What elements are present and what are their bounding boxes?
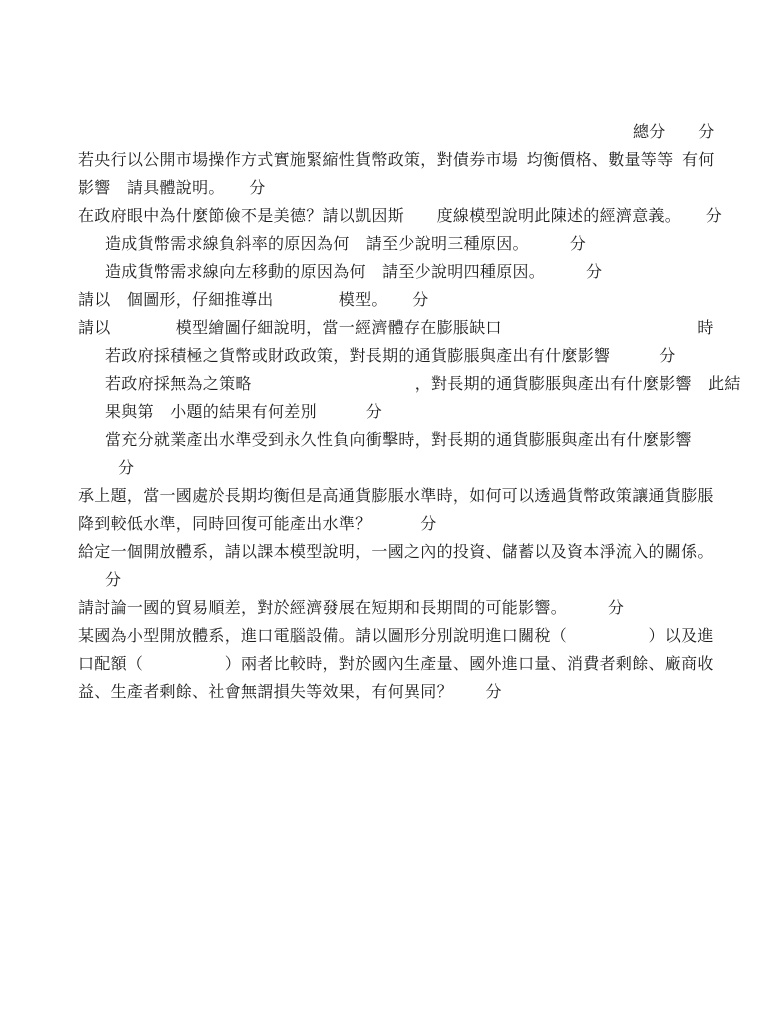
question-open-economy-saving-investment: 給定一個開放體系，請以課本模型說明，一國之內的投資、儲蓄以及資本淨流入的關係。 … [78,539,718,595]
question-line: 請討論一國的貿易順差，對於經濟發展在短期和長期間的可能影響。 分 [78,595,718,623]
question-trade-surplus: 請討論一國的貿易順差，對於經濟發展在短期和長期間的可能影響。 分 [78,595,718,623]
question-money-demand-subitems: 造成貨幣需求線負斜率的原因為何 請至少說明三種原因。 分 造成貨幣需求線向左移動… [78,231,718,287]
question-thrift-paradox: 在政府眼中為什麼節儉不是美德？請以凱因斯 度線模型說明此陳述的經濟意義。 分 [78,203,718,231]
question-inflation-gap-subitems: 若政府採積極之貨幣或財政政策，對長期的通貨膨脹與產出有什麼影響 分 若政府採無為… [78,343,718,483]
question-line: 分 [78,567,718,595]
question-model-derivation: 請以 個圖形，仔細推導出 模型。 分 [78,287,718,315]
question-line: 當充分就業產出水準受到永久性負向衝擊時，對長期的通貨膨脹與產出有什麼影響 [78,427,718,455]
exam-page: 總分 分 若央行以公開市場操作方式實施緊縮性貨幣政策，對債券市場 均衡價格、數量… [0,0,768,1024]
total-score-header: 總分 分 [78,119,718,147]
total-score-label: 總分 [633,124,666,141]
score-unit-label: 分 [698,124,714,141]
question-line: 某國為小型開放體系，進口電腦設備。請以圖形分別說明進口關稅（ ）以及進 [78,623,718,651]
question-line: 若政府採積極之貨幣或財政政策，對長期的通貨膨脹與產出有什麼影響 分 [78,343,718,371]
total-score-blank [666,124,699,141]
question-line: 在政府眼中為什麼節儉不是美德？請以凱因斯 度線模型說明此陳述的經濟意義。 分 [78,203,718,231]
question-inflation-gap: 請以 模型繪圖仔細說明，當一經濟體存在膨脹缺口 時 [78,315,718,343]
question-line: 果與第 小題的結果有何差別 分 [78,399,718,427]
question-line: 請以 模型繪圖仔細說明，當一經濟體存在膨脹缺口 時 [78,315,718,343]
question-line: 請以 個圖形，仔細推導出 模型。 分 [78,287,718,315]
question-line: 分 [78,455,718,483]
question-line: 造成貨幣需求線負斜率的原因為何 請至少說明三種原因。 分 [78,231,718,259]
question-line: 若政府採無為之策略 ，對長期的通貨膨脹與產出有什麼影響 此結 [78,371,718,399]
question-line: 降到較低水準，同時回復可能產出水準？ 分 [78,511,718,539]
question-disinflation-policy: 承上題，當一國處於長期均衡但是高通貨膨脹水準時，如何可以透過貨幣政策讓通貨膨脹 … [78,483,718,539]
question-line: 造成貨幣需求線向左移動的原因為何 請至少說明四種原因。 分 [78,259,718,287]
question-line: 給定一個開放體系，請以課本模型說明，一國之內的投資、儲蓄以及資本淨流入的關係。 [78,539,718,567]
question-line: 口配額（ ）兩者比較時，對於國內生產量、國外進口量、消費者剩餘、廠商收 [78,651,718,679]
question-tariff-vs-quota: 某國為小型開放體系，進口電腦設備。請以圖形分別說明進口關稅（ ）以及進 口配額（… [78,623,718,707]
question-line: 承上題，當一國處於長期均衡但是高通貨膨脹水準時，如何可以透過貨幣政策讓通貨膨脹 [78,483,718,511]
question-line: 影響 請具體說明。 分 [78,175,718,203]
question-line: 若央行以公開市場操作方式實施緊縮性貨幣政策，對債券市場 均衡價格、數量等等 有何 [78,147,718,175]
question-open-market-policy: 若央行以公開市場操作方式實施緊縮性貨幣政策，對債券市場 均衡價格、數量等等 有何… [78,147,718,203]
question-line: 益、生產者剩餘、社會無謂損失等效果，有何異同？ 分 [78,679,718,707]
